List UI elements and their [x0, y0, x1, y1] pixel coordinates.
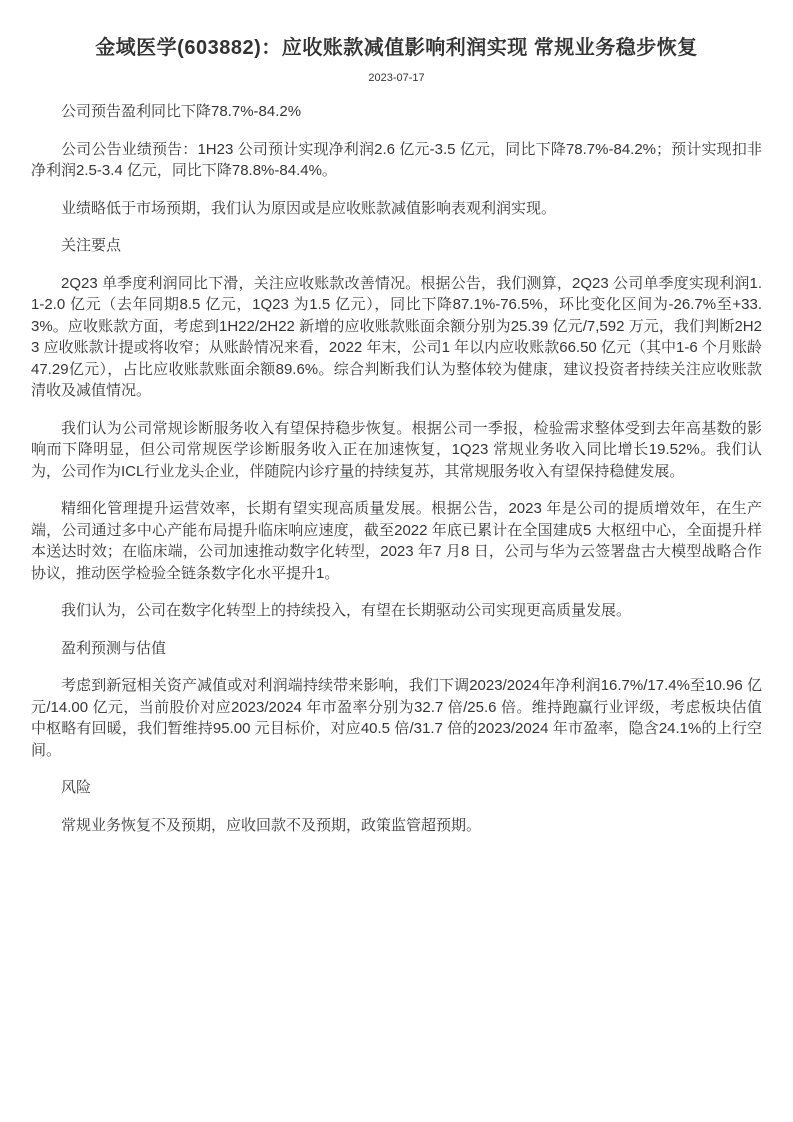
para-valuation-target-price: 考虑到新冠相关资产减值或对利润端持续带来影响，我们下调2023/2024年净利润… [31, 675, 762, 761]
heading-risks: 风险 [31, 777, 762, 799]
para-earnings-preannouncement: 公司公告业绩预告：1H23 公司预计实现净利润2.6 亿元-3.5 亿元，同比下… [31, 139, 762, 182]
para-below-market-expectations: 业绩略低于市场预期，我们认为原因或是应收账款减值影响表观利润实现。 [31, 198, 762, 220]
heading-profit-forecast: 公司预告盈利同比下降78.7%-84.2% [31, 101, 762, 123]
para-refined-management-efficiency: 精细化管理提升运营效率，长期有望实现高质量发展。根据公告，2023 年是公司的提… [31, 498, 762, 584]
page-title: 金域医学(603882)：应收账款减值影响利润实现 常规业务稳步恢复 [31, 34, 762, 62]
para-routine-business-recovery: 我们认为公司常规诊断服务收入有望保持稳步恢复。根据公司一季报，检验需求整体受到去… [31, 418, 762, 483]
para-digital-transformation-outlook: 我们认为，公司在数字化转型上的持续投入，有望在长期驱动公司实现更高质量发展。 [31, 600, 762, 622]
para-q2-profit-decline-receivables: 2Q23 单季度利润同比下滑，关注应收账款改善情况。根据公告，我们测算，2Q23… [31, 273, 762, 402]
report-document-page: 金域医学(603882)：应收账款减值影响利润实现 常规业务稳步恢复 2023-… [0, 0, 793, 1122]
report-date: 2023-07-17 [31, 72, 762, 85]
heading-key-points: 关注要点 [31, 235, 762, 257]
report-body: 公司预告盈利同比下降78.7%-84.2% 公司公告业绩预告：1H23 公司预计… [31, 101, 762, 836]
heading-earnings-forecast-valuation: 盈利预测与估值 [31, 638, 762, 660]
para-risk-statement: 常规业务恢复不及预期，应收回款不及预期，政策监管超预期。 [31, 815, 762, 837]
